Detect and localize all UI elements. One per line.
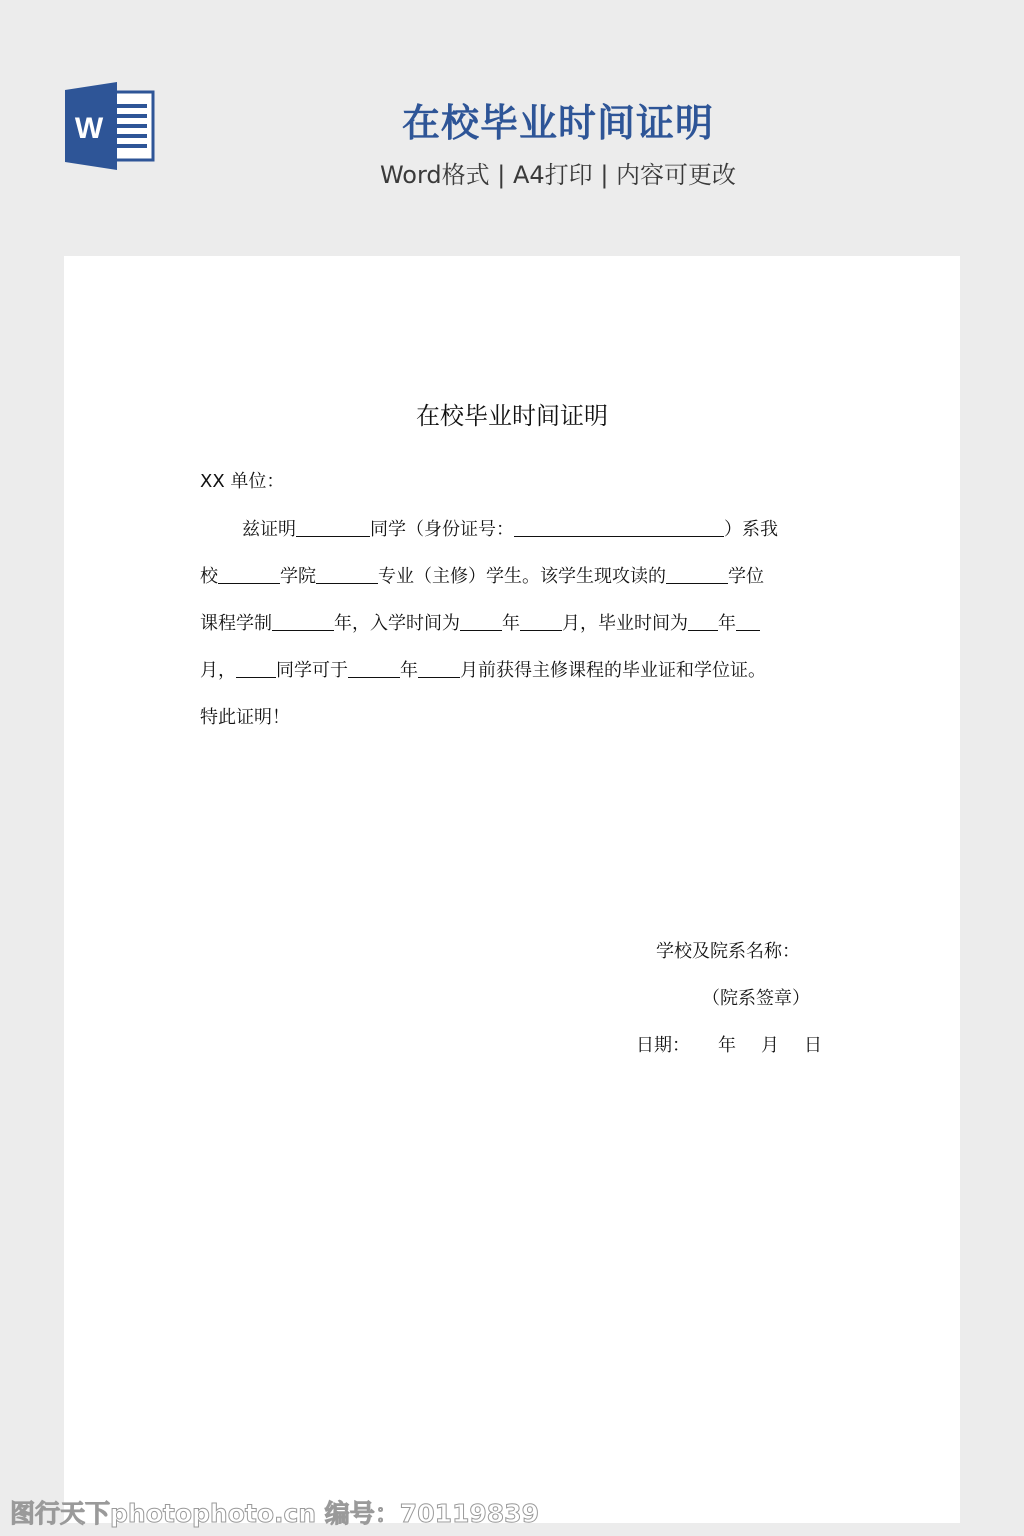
- grad-year-blank[interactable]: [688, 612, 718, 631]
- svg-text:W: W: [75, 112, 104, 145]
- watermark: 图行天下photophoto.cn 编号：70119839: [10, 1494, 539, 1530]
- header-title: 在校毕业时间证明: [300, 92, 816, 147]
- body-line-3: 课程学制年，入学时间为年月，毕业时间为年: [200, 612, 824, 636]
- name-blank[interactable]: [296, 518, 370, 537]
- text: 专业（主修）学生。该学生现攻读的: [378, 566, 666, 587]
- salutation: XX 单位：: [200, 470, 824, 494]
- text: 校: [200, 566, 218, 587]
- text: ）系我: [724, 519, 778, 540]
- document-title: 在校毕业时间证明: [200, 396, 824, 431]
- cert-month-blank[interactable]: [418, 659, 460, 678]
- date-year: 年: [718, 1034, 736, 1058]
- text: 月前获得主修课程的毕业证和学位证。: [460, 660, 766, 681]
- stamp-label: （院系签章）: [702, 987, 810, 1011]
- date-month: 月: [761, 1034, 779, 1058]
- duration-blank[interactable]: [272, 612, 334, 631]
- text: 兹证明: [242, 519, 296, 540]
- text: 课程学制: [200, 613, 272, 634]
- body-line-4: 月，同学可于年月前获得主修课程的毕业证和学位证。: [200, 659, 824, 683]
- text: 年: [502, 613, 520, 634]
- text: 月，: [200, 660, 236, 681]
- text: 月，毕业时间为: [562, 613, 688, 634]
- grad-month-blank[interactable]: [736, 612, 760, 631]
- enroll-year-blank[interactable]: [460, 612, 502, 631]
- document-page: 在校毕业时间证明 XX 单位： 兹证明同学（身份证号：）系我 校学院专业（主修）…: [64, 256, 960, 1523]
- text: 年，入学时间为: [334, 613, 460, 634]
- date-label: 日期：: [636, 1034, 690, 1058]
- date-day: 日: [804, 1034, 822, 1058]
- id-number-blank[interactable]: [514, 518, 724, 537]
- body-line-2: 校学院专业（主修）学生。该学生现攻读的学位: [200, 565, 824, 589]
- body-line-1: 兹证明同学（身份证号：）系我: [200, 518, 824, 542]
- school-blank[interactable]: [218, 565, 280, 584]
- text: 同学可于: [276, 660, 348, 681]
- text: 同学（身份证号：: [370, 519, 514, 540]
- student-blank[interactable]: [236, 659, 276, 678]
- text: 学院: [280, 566, 316, 587]
- text: 年: [718, 613, 736, 634]
- college-blank[interactable]: [316, 565, 378, 584]
- text: 年: [400, 660, 418, 681]
- school-name-label: 学校及院系名称：: [656, 940, 800, 964]
- degree-blank[interactable]: [666, 565, 728, 584]
- text: 学位: [728, 566, 764, 587]
- enroll-month-blank[interactable]: [520, 612, 562, 631]
- closing-text: 特此证明！: [200, 706, 824, 730]
- cert-year-blank[interactable]: [348, 659, 400, 678]
- header-subtitle: Word格式 | A4打印 | 内容可更改: [300, 155, 816, 190]
- word-document-icon: W: [65, 82, 155, 170]
